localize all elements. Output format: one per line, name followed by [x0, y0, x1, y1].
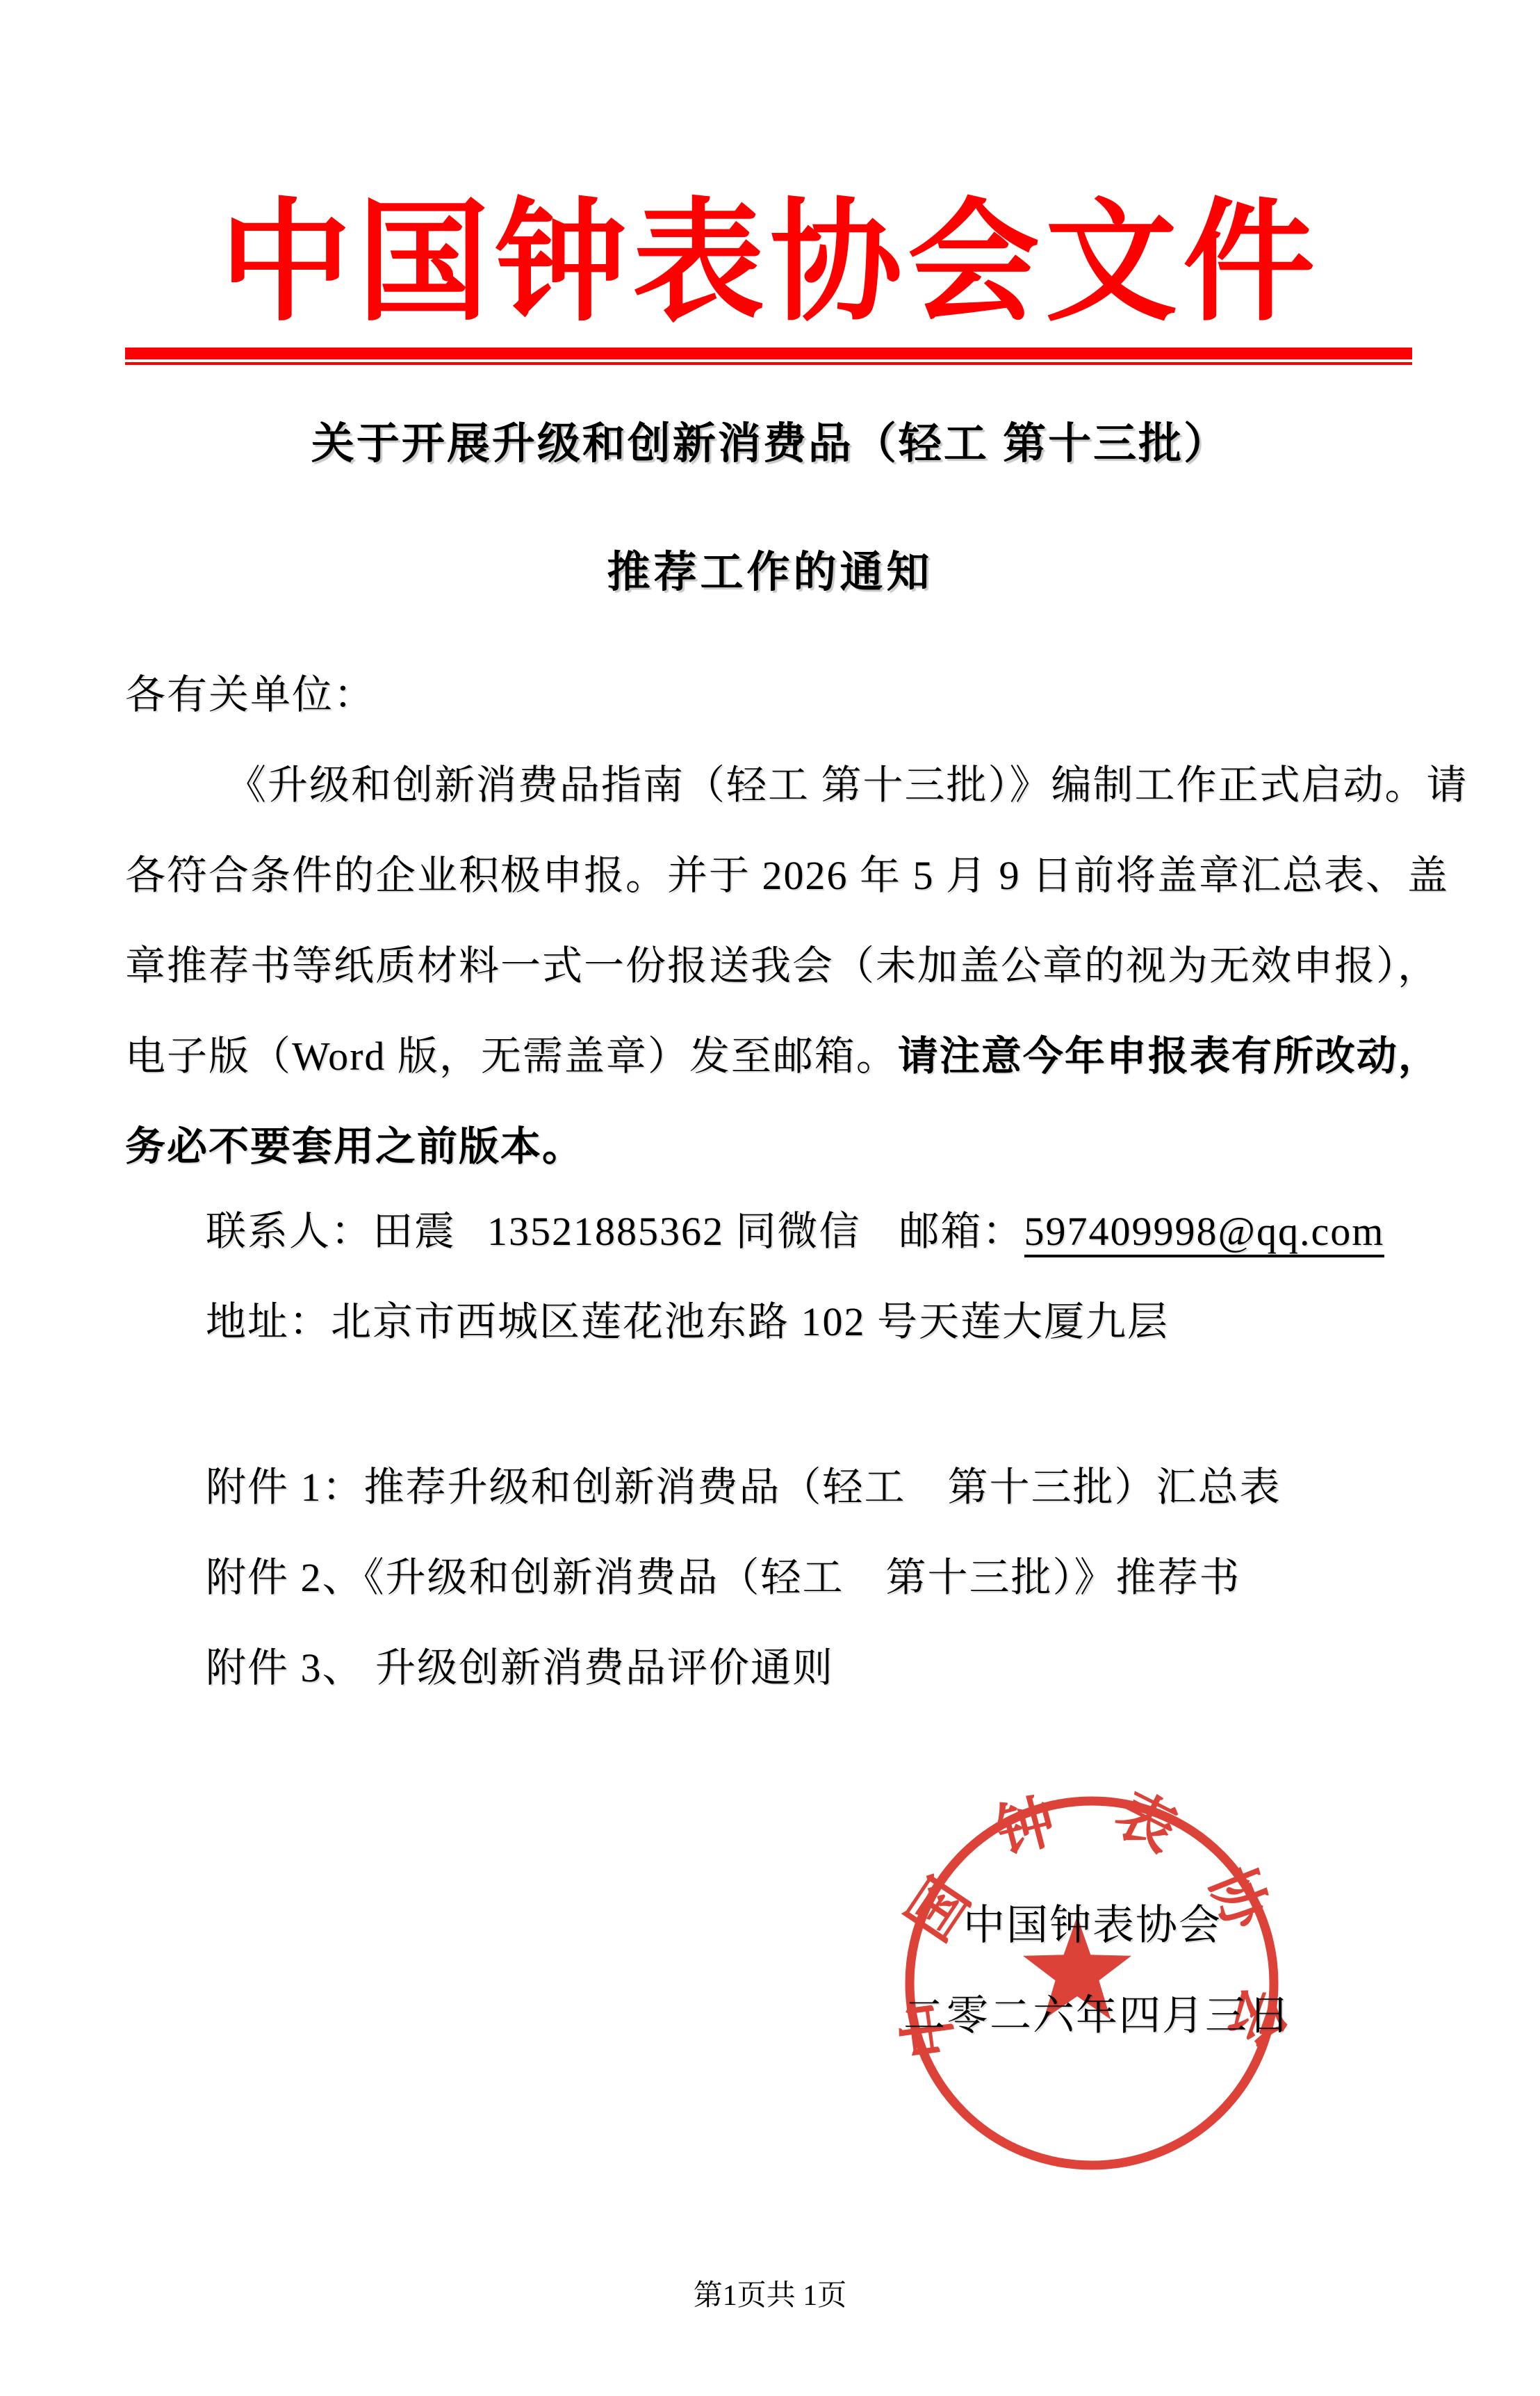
paragraph-line: 章推荐书等纸质材料一式一份报送我会（未加盖公章的视为无效申报）， — [125, 944, 1445, 988]
document-title-line2: 推荐工作的通知 — [0, 551, 1540, 594]
signature-organization: 中国钟表协会 — [963, 1905, 1222, 1946]
paragraph-line: 各符合条件的企业积极申报。并于 2026 年 5 月 9 日前将盖章汇总表、盖 — [125, 854, 1445, 898]
document-page: 中国钟表协会文件 关于开展升级和创新消费品（轻工 第十三批） 推荐工作的通知 各… — [0, 0, 1540, 2396]
seal-ring — [910, 1801, 1274, 2165]
paragraph-line: 《升级和创新消费品指南（轻工 第十三批）》编制工作正式启动。请 — [125, 763, 1540, 808]
paragraph-text-bold: 务必不要套用之前版本。 — [125, 1124, 584, 1169]
contact-label: 联系人：田震 — [206, 1209, 456, 1254]
attachment-item-1: 附件 1：推荐升级和创新消费品（轻工 第十三批）汇总表 — [125, 1465, 1526, 1510]
paragraph-text: 电子版（Word 版，无需盖章）发至邮箱。 — [125, 1034, 898, 1079]
paragraph-text: 章推荐书等纸质材料一式一份报送我会（未加盖公章的视为无效申报）， — [125, 943, 1439, 988]
paragraph-line: 电子版（Word 版，无需盖章）发至邮箱。请注意今年申报表有所改动， — [125, 1034, 1445, 1079]
paragraph-line: 务必不要套用之前版本。 — [125, 1125, 1445, 1169]
paragraph-text: 各符合条件的企业积极申报。并于 2026 年 5 月 9 日前将盖章汇总表、盖 — [125, 853, 1449, 898]
letterhead-title: 中国钟表协会文件 — [0, 175, 1540, 354]
address-line: 地址：北京市西城区莲花池东路 102 号天莲大厦九层 — [125, 1300, 1526, 1344]
paragraph-text-bold: 请注意今年申报表有所改动， — [898, 1034, 1440, 1079]
contact-line: 联系人：田震13521885362 同微信邮箱：597409998@qq.com — [125, 1209, 1526, 1254]
signature-date: 二零二六年四月三日 — [903, 1995, 1291, 2037]
official-seal-stamp: 中国钟表协会 — [894, 1786, 1290, 2183]
paragraph-text: 《升级和创新消费品指南（轻工 第十三批）》编制工作正式启动。请 — [226, 763, 1468, 808]
document-title-line1: 关于开展升级和创新消费品（轻工 第十三批） — [0, 423, 1540, 466]
contact-email-link[interactable]: 597409998@qq.com — [1024, 1209, 1385, 1257]
page-number: 第1页共 1页 — [0, 2281, 1540, 2311]
attachment-item-3: 附件 3、 升级创新消费品评价通则 — [125, 1646, 1526, 1690]
contact-phone: 13521885362 同微信 — [487, 1209, 861, 1254]
contact-email-label: 邮箱： — [899, 1209, 1024, 1254]
attachment-item-2: 附件 2、《升级和创新消费品（轻工 第十三批）》推荐书 — [125, 1556, 1526, 1600]
salutation: 各有关单位： — [125, 673, 1445, 717]
letterhead-rule-thin — [125, 362, 1412, 365]
letterhead-rule-thick — [125, 348, 1412, 359]
